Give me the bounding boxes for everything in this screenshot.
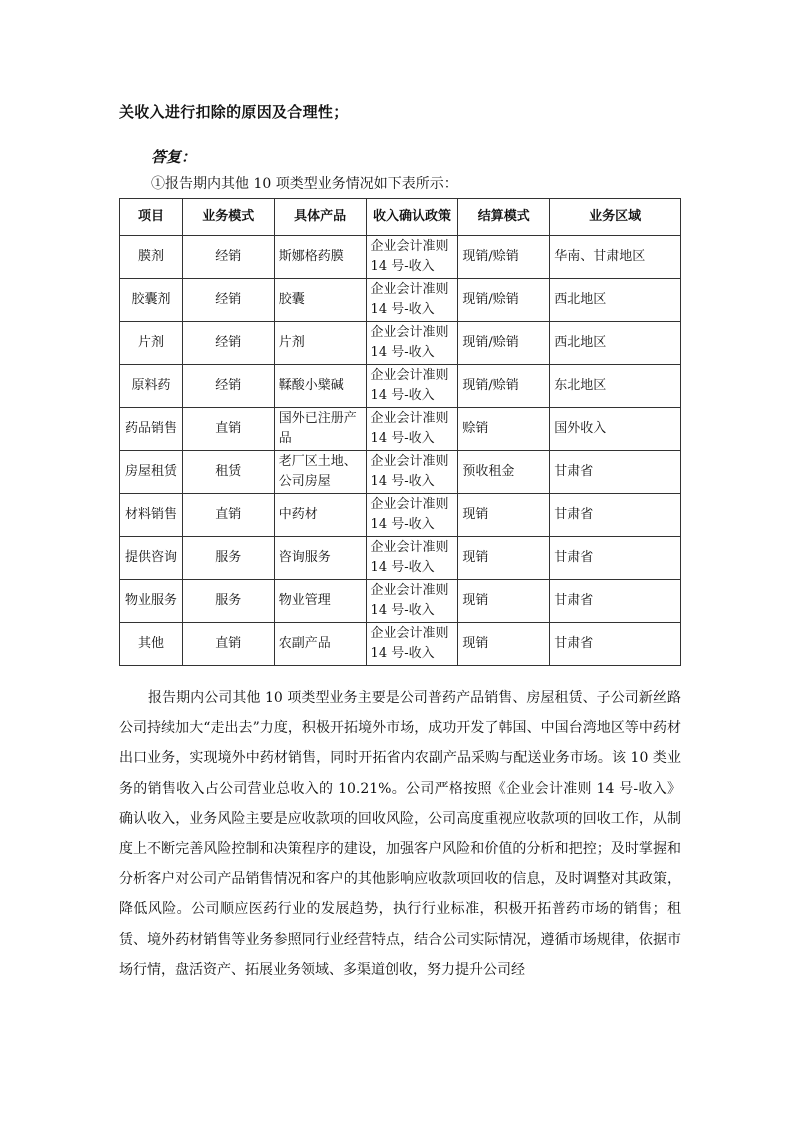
cell-mode: 直销 <box>182 623 274 666</box>
cell-policy: 企业会计准则14 号-收入 <box>366 408 458 451</box>
cell-item: 其他 <box>120 623 183 666</box>
cell-product: 国外已注册产品 <box>274 408 366 451</box>
cell-mode: 经销 <box>182 236 274 279</box>
intro-text: ①报告期内其他 10 项类型业务情况如下表所示： <box>151 173 458 193</box>
cell-settlement: 现销/赊销 <box>458 279 550 322</box>
cell-item: 药品销售 <box>120 408 183 451</box>
cell-mode: 直销 <box>182 408 274 451</box>
cell-policy: 企业会计准则14 号-收入 <box>366 580 458 623</box>
cell-product: 鞣酸小檗碱 <box>274 365 366 408</box>
cell-mode: 服务 <box>182 537 274 580</box>
cell-product: 农副产品 <box>274 623 366 666</box>
cell-settlement: 现销/赊销 <box>458 365 550 408</box>
cell-policy: 企业会计准则14 号-收入 <box>366 365 458 408</box>
cell-settlement: 预收租金 <box>458 451 550 494</box>
cell-mode: 经销 <box>182 279 274 322</box>
cell-settlement: 现销 <box>458 494 550 537</box>
header-item: 项目 <box>120 199 183 236</box>
header-settlement: 结算模式 <box>458 199 550 236</box>
table-row: 药品销售 直销 国外已注册产品 企业会计准则14 号-收入 赊销 国外收入 <box>120 408 681 451</box>
table-row: 片剂 经销 片剂 企业会计准则14 号-收入 现销/赊销 西北地区 <box>120 322 681 365</box>
cell-policy: 企业会计准则14 号-收入 <box>366 537 458 580</box>
table-row: 膜剂 经销 斯娜格药膜 企业会计准则14 号-收入 现销/赊销 华南、甘肃地区 <box>120 236 681 279</box>
header-region: 业务区域 <box>550 199 681 236</box>
cell-region: 甘肃省 <box>550 623 681 666</box>
table-row: 原料药 经销 鞣酸小檗碱 企业会计准则14 号-收入 现销/赊销 东北地区 <box>120 365 681 408</box>
cell-policy: 企业会计准则14 号-收入 <box>366 623 458 666</box>
cell-item: 片剂 <box>120 322 183 365</box>
header-product: 具体产品 <box>274 199 366 236</box>
cell-region: 甘肃省 <box>550 537 681 580</box>
cell-product: 片剂 <box>274 322 366 365</box>
cell-item: 原料药 <box>120 365 183 408</box>
cell-settlement: 现销 <box>458 580 550 623</box>
cell-region: 东北地区 <box>550 365 681 408</box>
cell-region: 国外收入 <box>550 408 681 451</box>
cell-settlement: 赊销 <box>458 408 550 451</box>
cell-policy: 企业会计准则14 号-收入 <box>366 451 458 494</box>
cell-item: 房屋租赁 <box>120 451 183 494</box>
cell-item: 提供咨询 <box>120 537 183 580</box>
section-heading: 关收入进行扣除的原因及合理性； <box>119 101 349 122</box>
answer-label: 答复： <box>151 146 196 167</box>
table-row: 其他 直销 农副产品 企业会计准则14 号-收入 现销 甘肃省 <box>120 623 681 666</box>
cell-region: 甘肃省 <box>550 451 681 494</box>
table-row: 材料销售 直销 中药材 企业会计准则14 号-收入 现销 甘肃省 <box>120 494 681 537</box>
cell-mode: 直销 <box>182 494 274 537</box>
cell-item: 物业服务 <box>120 580 183 623</box>
header-mode: 业务模式 <box>182 199 274 236</box>
cell-policy: 企业会计准则14 号-收入 <box>366 322 458 365</box>
cell-region: 西北地区 <box>550 279 681 322</box>
cell-policy: 企业会计准则14 号-收入 <box>366 494 458 537</box>
cell-product: 中药材 <box>274 494 366 537</box>
cell-region: 甘肃省 <box>550 494 681 537</box>
cell-item: 材料销售 <box>120 494 183 537</box>
cell-product: 胶囊 <box>274 279 366 322</box>
cell-product: 咨询服务 <box>274 537 366 580</box>
cell-region: 华南、甘肃地区 <box>550 236 681 279</box>
cell-mode: 经销 <box>182 365 274 408</box>
table-row: 物业服务 服务 物业管理 企业会计准则14 号-收入 现销 甘肃省 <box>120 580 681 623</box>
cell-item: 胶囊剂 <box>120 279 183 322</box>
cell-item: 膜剂 <box>120 236 183 279</box>
table-row: 提供咨询 服务 咨询服务 企业会计准则14 号-收入 现销 甘肃省 <box>120 537 681 580</box>
cell-settlement: 现销 <box>458 537 550 580</box>
body-paragraph: 报告期内公司其他 10 项类型业务主要是公司普药产品销售、房屋租赁、子公司新丝路… <box>119 683 681 985</box>
cell-product: 物业管理 <box>274 580 366 623</box>
cell-settlement: 现销/赊销 <box>458 236 550 279</box>
cell-settlement: 现销 <box>458 623 550 666</box>
cell-mode: 服务 <box>182 580 274 623</box>
cell-mode: 经销 <box>182 322 274 365</box>
table-header-row: 项目 业务模式 具体产品 收入确认政策 结算模式 业务区域 <box>120 199 681 236</box>
table-row: 房屋租赁 租赁 老厂区土地、公司房屋 企业会计准则14 号-收入 预收租金 甘肃… <box>120 451 681 494</box>
cell-region: 甘肃省 <box>550 580 681 623</box>
business-table: 项目 业务模式 具体产品 收入确认政策 结算模式 业务区域 膜剂 经销 斯娜格药… <box>119 198 681 666</box>
cell-policy: 企业会计准则14 号-收入 <box>366 279 458 322</box>
cell-mode: 租赁 <box>182 451 274 494</box>
cell-region: 西北地区 <box>550 322 681 365</box>
header-policy: 收入确认政策 <box>366 199 458 236</box>
cell-product: 斯娜格药膜 <box>274 236 366 279</box>
cell-settlement: 现销/赊销 <box>458 322 550 365</box>
table-row: 胶囊剂 经销 胶囊 企业会计准则14 号-收入 现销/赊销 西北地区 <box>120 279 681 322</box>
cell-product: 老厂区土地、公司房屋 <box>274 451 366 494</box>
cell-policy: 企业会计准则14 号-收入 <box>366 236 458 279</box>
